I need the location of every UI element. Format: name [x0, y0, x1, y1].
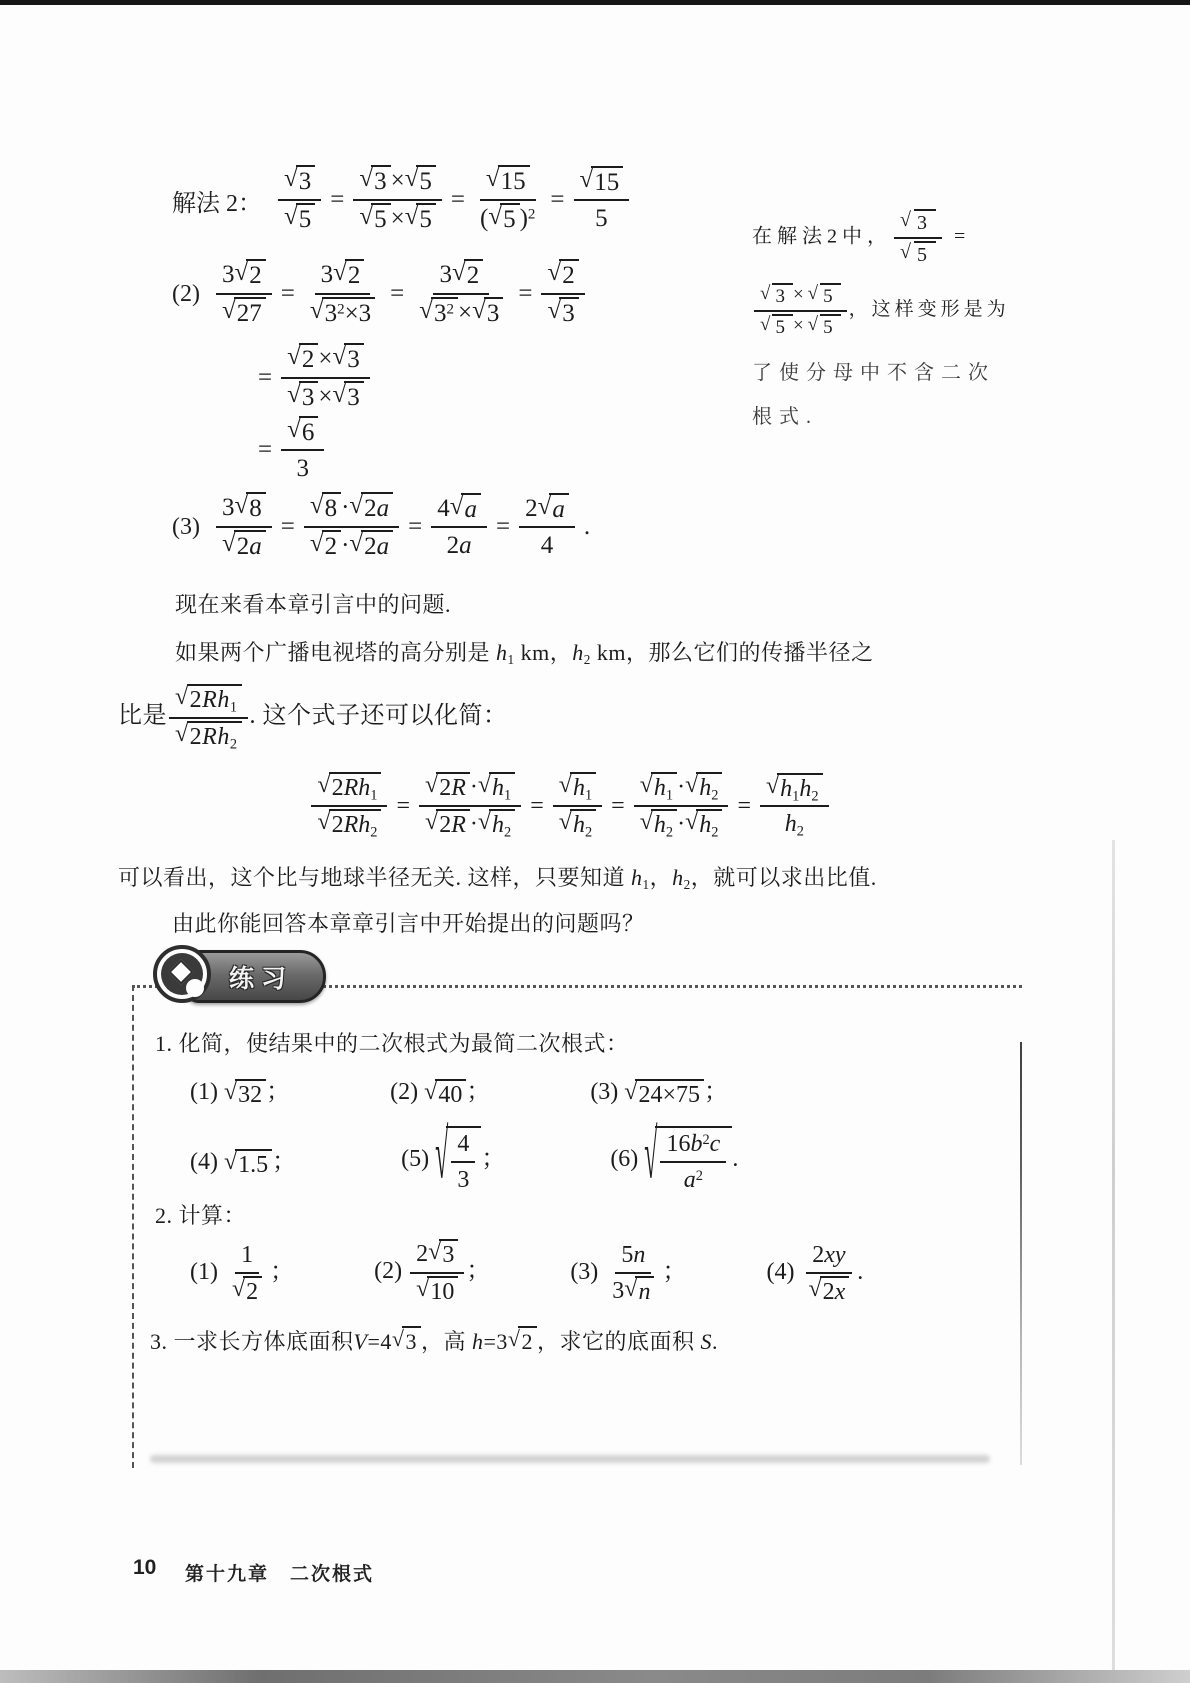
paragraph-towers: 如果两个广播电视塔的高分别是 h1 km，h2 km，那么它们的传播半径之	[175, 637, 873, 669]
margin-note-text2: √3×√5√5×√5，这样变形是为	[752, 283, 1010, 339]
margin-note-line3: 了使分母中不含二次	[752, 356, 995, 385]
margin-note-text3: 了使分母中不含二次	[752, 362, 995, 384]
practice-q3-text: 3. 一求长方体底面积V=4√3，高 h=3√2，求它的底面积 S.	[150, 1326, 718, 1358]
paragraph-ratio: 比是√2Rh1√2Rh2. 这个式子还可以化简：	[118, 668, 508, 768]
paragraph-conclusion: 可以看出，这个比与地球半径无关. 这样，只要知道 h1，h2，就可以求出比值.	[118, 862, 877, 894]
practice-q1-item2: (2) √40；	[390, 1071, 490, 1110]
practice-badge-label: 练习	[229, 965, 293, 993]
practice-q1-item5: (5) √43；	[401, 1126, 505, 1195]
paragraph-towers-text: 如果两个广播电视塔的高分别是 h1 km，h2 km，那么它们的传播半径之	[175, 637, 873, 669]
solution2-equation4: = √63	[258, 416, 326, 485]
paragraph-intro-text: 现在来看本章引言中的问题.	[175, 589, 451, 621]
margin-note-text1: 在解法2中，√3√5 =	[752, 209, 970, 267]
item2-label: (2)	[172, 281, 200, 308]
practice-q2-text: 2. 计算：	[155, 1200, 246, 1232]
practice-q2-item1: (1) 1√2；	[190, 1240, 294, 1307]
practice-icon	[153, 945, 211, 1003]
practice-q2-item4: (4) 2xy√2x.	[766, 1240, 863, 1307]
margin-note-text4: 根式.	[752, 406, 818, 428]
paragraph-ratio-text: 比是√2Rh1√2Rh2. 这个式子还可以化简：	[118, 684, 508, 751]
practice-q1-prompt: 1. 化简，使结果中的二次根式为最简二次根式：	[155, 1028, 629, 1060]
practice-q1-row1: (1) √32； (2) √40； (3) √24×75；	[190, 1062, 728, 1118]
solution2-line2: (2) 3√2√27 = 3√2√32×3 = 3√2√32×√3 = √2√3	[172, 251, 587, 337]
margin-note-line4: 根式.	[752, 400, 818, 429]
practice-box-right-rule	[1020, 1042, 1022, 1465]
practice-q1-item6: (6) √16b2ca2.	[610, 1126, 738, 1195]
practice-badge-pill: 练习	[186, 950, 326, 1003]
paragraph-question-text: 由此你能回答本章章引言中开始提出的问题吗？	[172, 908, 645, 940]
practice-q1-item3: (3) √24×75；	[590, 1071, 728, 1110]
practice-q2-item2: (2) 2√3√10；	[374, 1239, 490, 1306]
margin-note-line2: √3×√5√5×√5，这样变形是为	[752, 276, 1010, 346]
solution2-line5: (3) 3√8√2a = √8·√2a√2·√2a = 4√a2a = 2√a4…	[172, 486, 590, 568]
practice-q2-row: (1) 1√2； (2) 2√3√10； (3) 5n3√n； (4) 2xy√…	[190, 1230, 863, 1316]
solution2-label: 解法 2：	[172, 183, 262, 218]
practice-q2-item3: (3) 5n3√n；	[570, 1240, 686, 1307]
scan-artifact-top-edge	[0, 0, 1190, 5]
solution2-equation1: √3√5 = √3×√5√5×√5 = √15(√5)2 = √155	[276, 165, 631, 235]
practice-q1-item1: (1) √32；	[190, 1071, 290, 1110]
solution2-equation3: = √2×√3√3×√3	[258, 343, 372, 413]
scan-artifact-page-edge	[1112, 840, 1115, 1670]
item3-label: (3)	[172, 514, 200, 541]
paragraph-question: 由此你能回答本章章引言中开始提出的问题吗？	[172, 908, 645, 940]
paragraph-intro: 现在来看本章引言中的问题.	[175, 589, 451, 621]
solution2-line1: 解法 2： √3√5 = √3×√5√5×√5 = √15(√5)2 = √15…	[172, 158, 631, 242]
main-equation-row: √2Rh1√2Rh2 = √2R·√h1√2R·√h2 = √h1√h2 = √…	[0, 756, 1140, 856]
practice-q1-item4: (4) √1.5；	[190, 1141, 296, 1180]
practice-q3-prompt: 3. 一求长方体底面积V=4√3，高 h=3√2，求它的底面积 S.	[150, 1326, 718, 1358]
margin-note-line1: 在解法2中，√3√5 =	[752, 206, 970, 270]
solution2-equation5: 3√8√2a = √8·√2a√2·√2a = 4√a2a = 2√a4.	[214, 492, 590, 562]
solution2-equation2: 3√2√27 = 3√2√32×3 = 3√2√32×√3 = √2√3	[214, 259, 587, 329]
scan-artifact-smudge	[150, 1455, 990, 1463]
practice-q1-text: 1. 化简，使结果中的二次根式为最简二次根式：	[155, 1028, 629, 1060]
solution2-line3: = √2×√3√3×√3	[258, 340, 372, 416]
textbook-page: 解法 2： √3√5 = √3×√5√5×√5 = √15(√5)2 = √15…	[0, 0, 1190, 1683]
practice-q1-row2: (4) √1.5； (5) √43； (6) √16b2ca2.	[190, 1112, 738, 1208]
scan-artifact-bottom-edge	[0, 1670, 1190, 1683]
main-equation: √2Rh1√2Rh2 = √2R·√h1√2R·√h2 = √h1√h2 = √…	[309, 772, 830, 839]
footer-chapter-title: 第十九章 二次根式	[185, 1559, 374, 1586]
solution2-line4: = √63	[258, 412, 326, 488]
footer-page-number: 10	[133, 1556, 156, 1580]
practice-q2-prompt: 2. 计算：	[155, 1200, 246, 1232]
practice-icon-notch	[186, 979, 204, 997]
paragraph-conclusion-text: 可以看出，这个比与地球半径无关. 这样，只要知道 h1，h2，就可以求出比值.	[118, 862, 877, 894]
practice-badge: 练习	[186, 950, 326, 1003]
